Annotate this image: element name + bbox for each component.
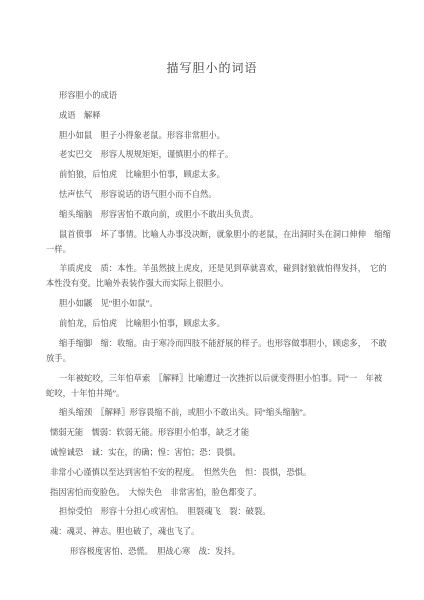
document-page: 描写胆小的词语 形容胆小的成语 成语 解释 胆小如鼠 胆子小得象老鼠。形容非常胆…: [0, 0, 424, 600]
column-heading-idiom-explanation: 成语 解释: [46, 108, 388, 123]
idiom-entry: 前怕狼，后怕虎 比喻胆小怕事，顾虑太多。: [46, 167, 388, 182]
idiom-entry: 指因害怕而变脸色。 大惊失色 非常害怕，脸色都变了。: [46, 485, 388, 500]
idiom-entry: 胆小如鼷 见“胆小如鼠”。: [46, 296, 388, 311]
idiom-entry: 前怕龙，后怕虎 比喻胆小怕事，顾虑太多。: [46, 316, 388, 331]
idiom-entry: 胆小如鼠 胆子小得象老鼠。形容非常胆小。: [46, 128, 388, 143]
idiom-entry: 非常小心谨慎以至达到害怕不安的程度。 怛然失色 怛：畏惧，恐惧。: [46, 465, 388, 480]
idiom-entry: 诚惶诚恐 诚：实在，的确；惶：害怕；恐：畏惧。: [46, 445, 388, 460]
idiom-entry: 懦弱无能 懦弱：软弱无能。形容胆小怕事，缺乏才能: [46, 425, 388, 440]
section-heading-idioms: 形容胆小的成语: [46, 88, 388, 103]
document-title: 描写胆小的词语: [0, 61, 424, 75]
idiom-entry: 羊质虎皮 质：本性。羊虽然披上虎皮，还是见到草就喜欢，碰到豺狼就怕得发抖， 它的…: [46, 261, 388, 291]
idiom-entry: 形容极度害怕、恐慌。 胆战心寒 战：发抖。: [46, 544, 388, 559]
idiom-entry: 一年被蛇咬，三年怕草索 〖解释〗比喻遭过一次挫折以后就变得胆小怕事。同“一 年被…: [46, 371, 388, 401]
idiom-entry: 鼠首偾事 坏了事情。比喻人办事没决断，就象胆小的老鼠，在出洞时头在洞口伸伸 缩缩…: [46, 227, 388, 257]
idiom-entry: 缩头缩颈 〖解释〗形容畏缩不前，或胆小不敢出头。同“缩头缩脑”。: [46, 405, 388, 420]
idiom-entry: 怯声怯气 形容说话的语气胆小而不自然。: [46, 187, 388, 202]
document-body: 形容胆小的成语 成语 解释 胆小如鼠 胆子小得象老鼠。形容非常胆小。 老实巴交 …: [0, 88, 424, 559]
idiom-entry: 魂：魂灵、神志。胆也破了，魂也飞了。: [46, 524, 388, 539]
idiom-entry: 缩头缩脑 形容害怕不敢向前，或胆小不敢出头负责。: [46, 207, 388, 222]
idiom-entry: 担惊受怕 形容十分担心或害怕。 胆裂魂飞 裂：破裂。: [46, 504, 388, 519]
idiom-entry: 老实巴交 形容人规规矩矩，谨慎胆小的样子。: [46, 147, 388, 162]
idiom-entry: 缩手缩脚 缩：收缩。由于寒冷而四肢不能舒展的样子。也形容做事胆小，顾虑多， 不敢…: [46, 336, 388, 366]
